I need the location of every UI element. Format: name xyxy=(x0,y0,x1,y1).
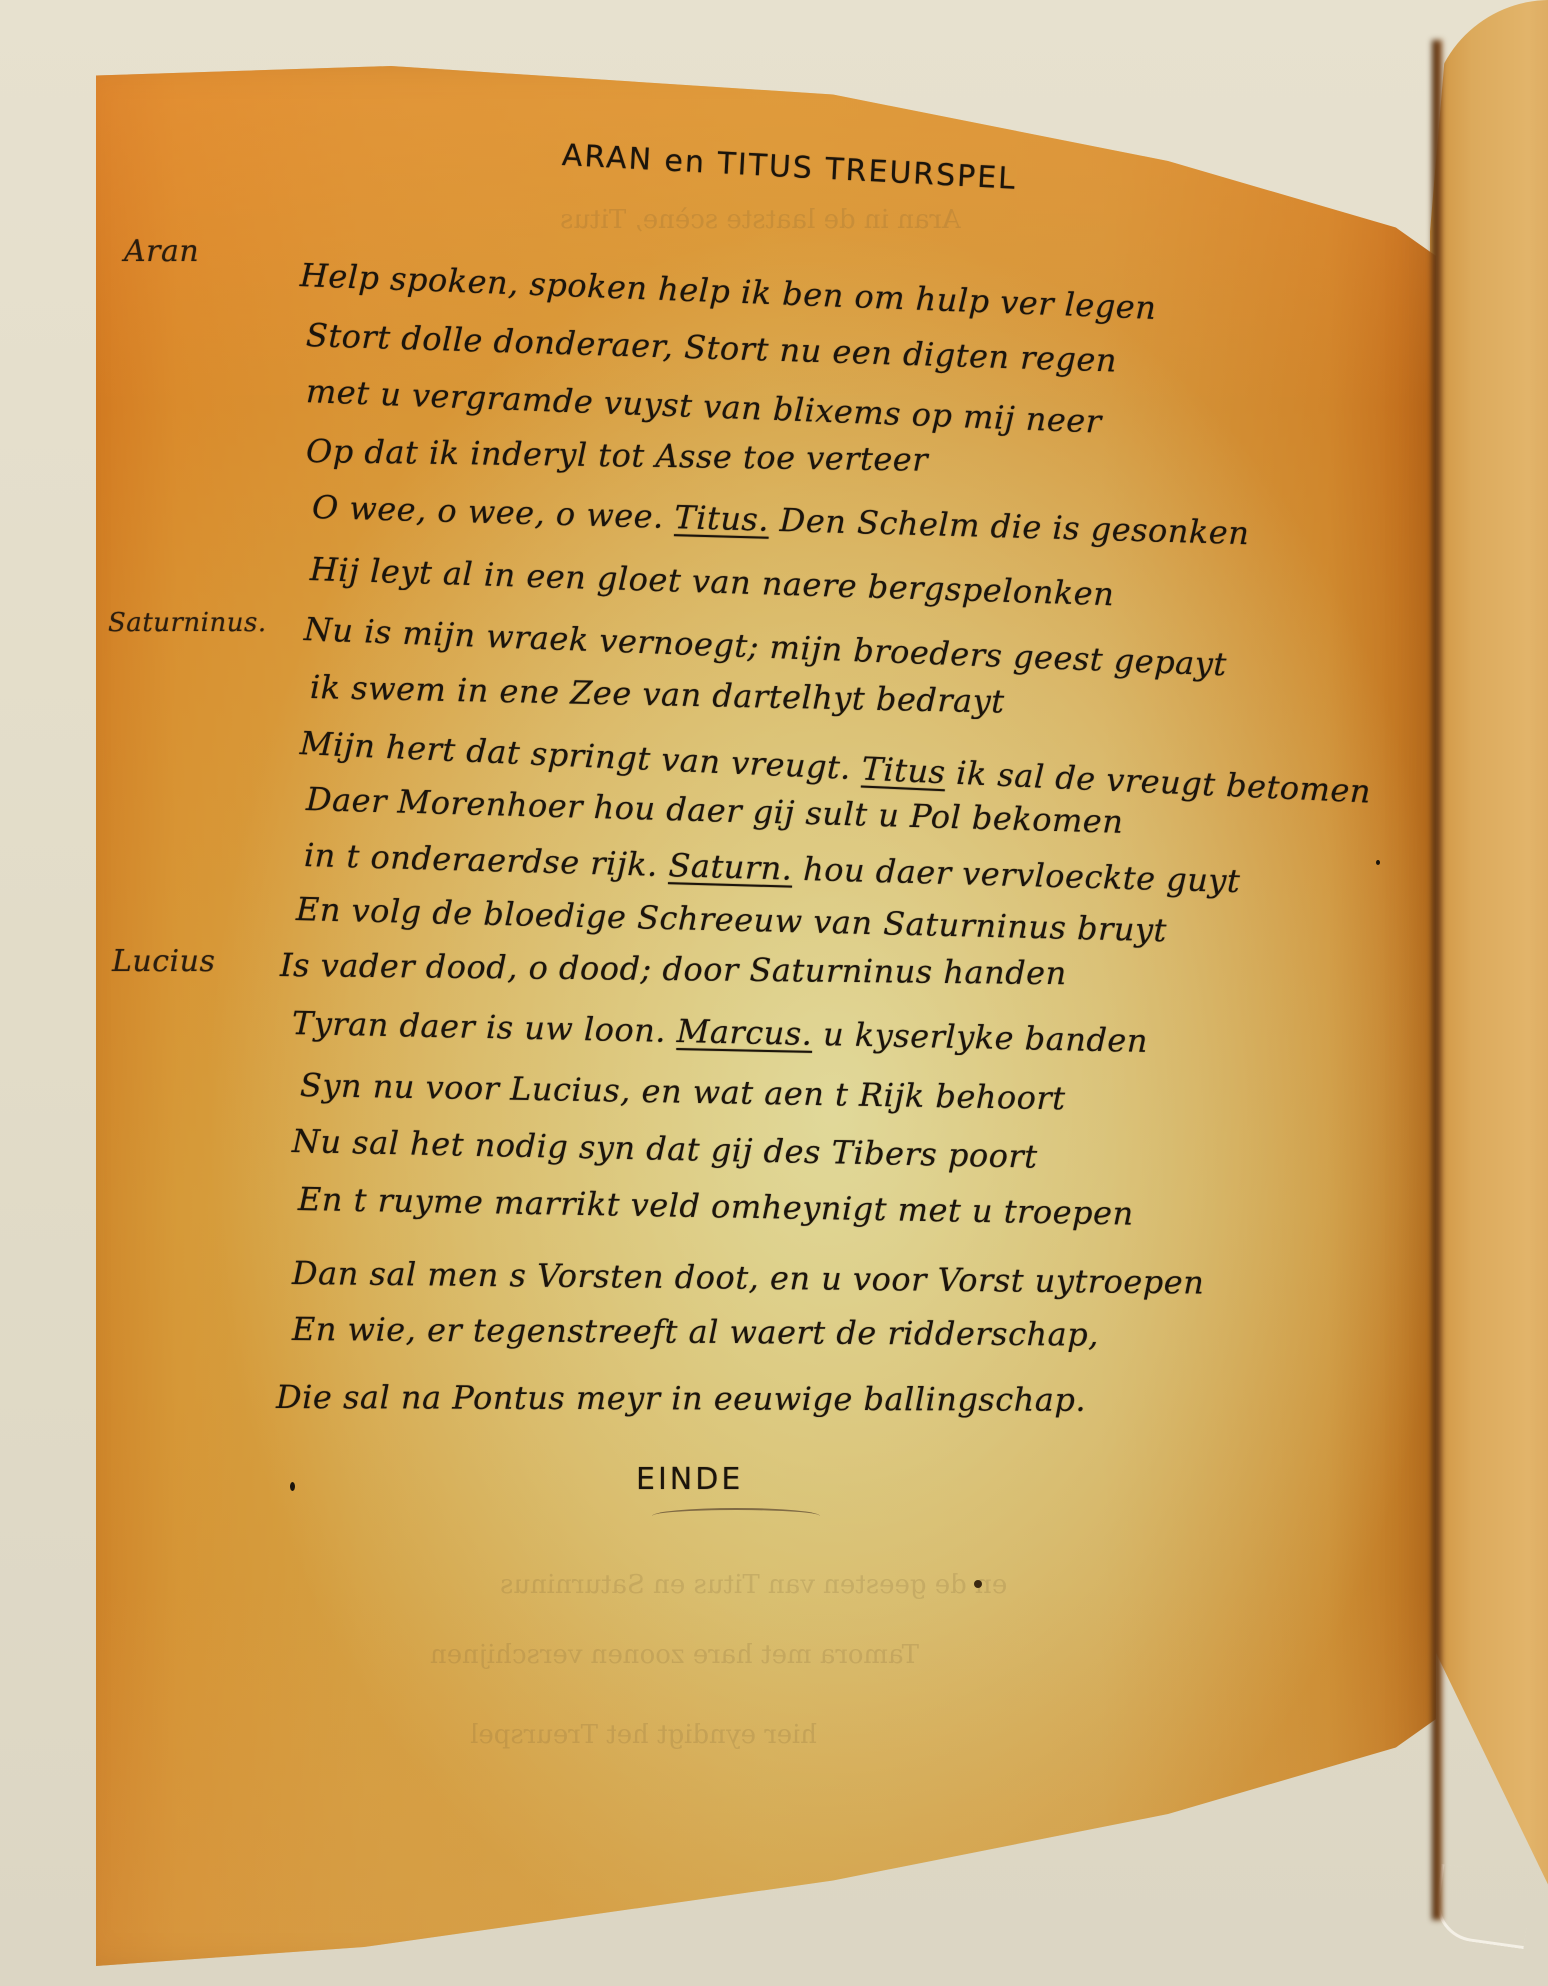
ink-spot xyxy=(1376,860,1380,865)
end-mark: EINDE xyxy=(636,1462,743,1497)
bleed-through-text: Aran in de laatste scène, Titus xyxy=(560,205,961,235)
speaker-cue: Marcus. xyxy=(676,1012,813,1053)
bleed-through-text: Tamora met hare zoonen verschijnen xyxy=(430,1640,919,1670)
verse-text: u kyserlyke banden xyxy=(812,1015,1148,1060)
book-gutter xyxy=(1432,40,1442,1920)
speaker-label: Saturninus. xyxy=(108,608,267,638)
bleed-through-text: hier eyndigt het Treurspel xyxy=(470,1720,817,1750)
ink-spot xyxy=(974,1580,982,1588)
speaker-cue: Saturn. xyxy=(668,846,793,887)
speaker-label: Lucius xyxy=(112,944,215,979)
verse-line: Die sal na Pontus meyr in eeuwige ballin… xyxy=(276,1378,1086,1419)
end-flourish xyxy=(652,1508,820,1524)
verse-text: Tyran daer is uw loon. xyxy=(292,1004,677,1050)
photo-scene: Aran in de laatste scène, Titus en de ge… xyxy=(0,0,1548,1986)
facing-page xyxy=(1430,0,1548,1930)
facing-page-edge xyxy=(1431,1864,1533,1949)
bleed-through-text: en de geesten van Titus en Saturninus xyxy=(500,1570,1007,1600)
ink-spot xyxy=(290,1482,295,1491)
verse-line: En wie, er tegenstreeft al waert de ridd… xyxy=(292,1310,1099,1354)
speaker-cue: Titus. xyxy=(674,498,770,539)
speaker-label: Aran xyxy=(124,234,199,269)
speaker-cue: Titus xyxy=(861,750,947,792)
